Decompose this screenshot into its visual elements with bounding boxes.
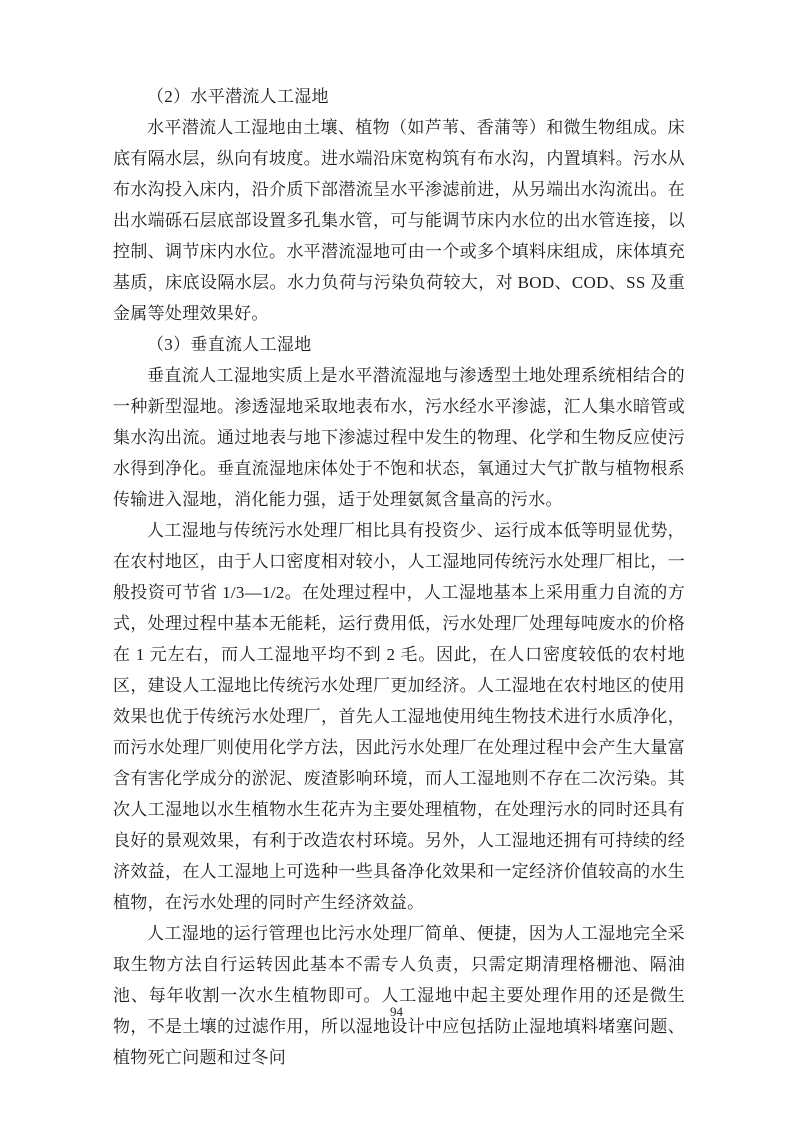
paragraph-horizontal-subsurface-flow-description: 水平潜流人工湿地由土壤、植物（如芦苇、香蒲等）和微生物组成。床底有隔水层，纵向有… bbox=[113, 112, 685, 329]
page-number: 94 bbox=[0, 1003, 793, 1021]
paragraph-cost-and-ecological-advantages: 人工湿地与传统污水处理厂相比具有投资少、运行成本低等明显优势，在农村地区，由于人… bbox=[113, 515, 685, 918]
heading-vertical-flow-wetland: （3）垂直流人工湿地 bbox=[113, 329, 685, 360]
paragraph-operation-and-maintenance: 人工湿地的运行管理也比污水处理厂简单、便捷，因为人工湿地完全采取生物方法自行运转… bbox=[113, 918, 685, 1073]
heading-horizontal-subsurface-flow-wetland: （2）水平潜流人工湿地 bbox=[113, 81, 685, 112]
document-body: （2）水平潜流人工湿地 水平潜流人工湿地由土壤、植物（如芦苇、香蒲等）和微生物组… bbox=[113, 81, 685, 1073]
paragraph-vertical-flow-description: 垂直流人工湿地实质上是水平潜流湿地与渗透型土地处理系统相结合的一种新型湿地。渗透… bbox=[113, 360, 685, 515]
document-page: （2）水平潜流人工湿地 水平潜流人工湿地由土壤、植物（如芦苇、香蒲等）和微生物组… bbox=[0, 0, 793, 1122]
